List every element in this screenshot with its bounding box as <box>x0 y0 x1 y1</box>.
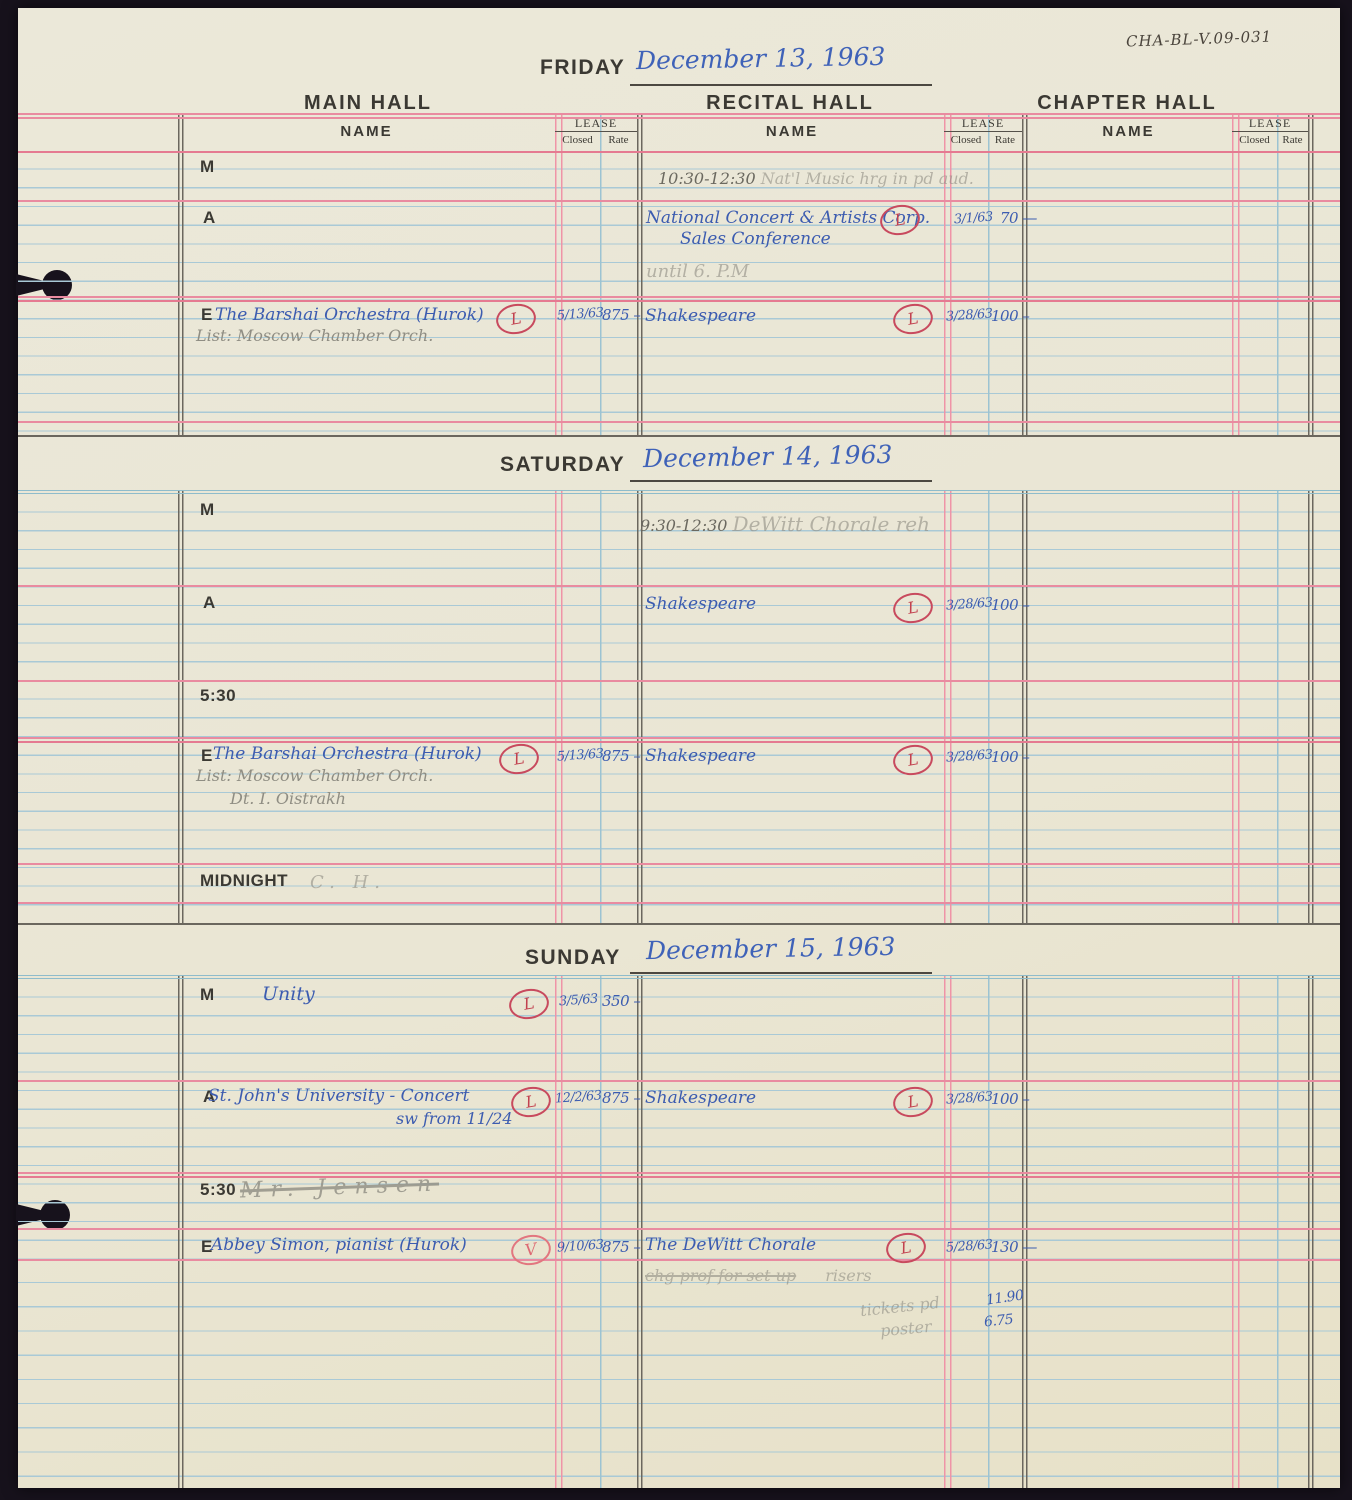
lease-header-chapter: LEASE <box>1232 116 1308 131</box>
section-friday: NAME LEASE Closed Rate NAME LEASE Closed… <box>18 113 1340 437</box>
note-time: 9:30-12:30 <box>640 516 727 535</box>
hall-title-main: MAIN HALL <box>258 92 478 115</box>
recital-afternoon-booking: Shakespeare <box>645 594 756 614</box>
name-header-recital: NAME <box>640 123 944 140</box>
section-sunday: M A 5:30 E Unity L 3/5/63 350 – St. John… <box>18 975 1340 1488</box>
date-underline <box>630 84 932 86</box>
closed-header-recital: Closed <box>944 134 988 146</box>
main-evening-note: List: Moscow Chamber Orch. <box>196 326 433 345</box>
recital-evening-note: chg prof for set up risers <box>645 1266 872 1285</box>
name-header-chapter: NAME <box>1025 123 1232 140</box>
day-title-sunday: SUNDAY <box>525 946 621 970</box>
day-title-friday: FRIDAY <box>540 56 625 80</box>
lease-rate: 875 – <box>602 1238 640 1256</box>
lease-rate: 875 – <box>602 747 640 765</box>
lease-closed-date: 3/1/63 <box>954 210 994 228</box>
lease-header-recital: LEASE <box>944 116 1022 131</box>
lease-rate: 100 – <box>991 1090 1029 1108</box>
amount-note: 6.75 <box>983 1312 1014 1331</box>
lease-closed-date: 3/5/63 <box>559 992 599 1010</box>
note-time: 10:30-12:30 <box>658 169 756 188</box>
main-afternoon-note: sw from 11/24 <box>396 1109 513 1128</box>
date-underline <box>630 480 932 482</box>
lease-rate: 100 – <box>991 748 1029 766</box>
recital-afternoon-note: until 6. P.M <box>646 261 749 282</box>
recital-evening-booking: Shakespeare <box>645 306 756 326</box>
note-text: Nat'l Music hrg in pd aud. <box>761 169 974 188</box>
rate-header-main: Rate <box>600 134 637 146</box>
date-underline <box>630 972 932 974</box>
lease-rate: 875 – <box>602 306 640 324</box>
row-label-midnight: MIDNIGHT <box>200 871 288 891</box>
lease-rate: 875 – <box>602 1089 640 1107</box>
lease-rate: 350 – <box>602 992 640 1010</box>
main-evening-booking: The Barshai Orchestra (Hurok) <box>213 744 482 764</box>
row-label-530: 5:30 <box>200 1180 236 1200</box>
row-label-morning: M <box>200 985 215 1005</box>
closed-header-chapter: Closed <box>1232 134 1277 146</box>
recital-morning-note: 10:30-12:30 Nat'l Music hrg in pd aud. <box>658 169 974 188</box>
name-header-main: NAME <box>178 123 555 140</box>
lease-rate: 70 — <box>1000 209 1037 227</box>
section-saturday: M A 5:30 E MIDNIGHT 9:30-12:30 DeWitt Ch… <box>18 490 1340 925</box>
table-vertical-lines <box>18 490 1340 925</box>
main-evening-note2: Dt. I. Oistrakh <box>230 789 346 808</box>
table-vertical-lines <box>18 975 1340 1488</box>
lease-rate: 130 — <box>991 1238 1037 1256</box>
recital-evening-booking: The DeWitt Chorale <box>645 1235 816 1255</box>
row-label-evening: E <box>201 746 213 766</box>
row-label-afternoon: A <box>203 208 216 228</box>
date-sunday: December 15, 1963 <box>646 932 896 965</box>
row-label-evening: E <box>201 305 213 325</box>
date-saturday: December 14, 1963 <box>643 440 893 473</box>
recital-afternoon-booking-line2: Sales Conference <box>680 229 831 249</box>
note-struck: chg prof for set up <box>645 1266 796 1285</box>
recital-morning-note: 9:30-12:30 DeWitt Chorale reh <box>640 512 930 536</box>
row-label-530: 5:30 <box>200 686 236 706</box>
rate-header-recital: Rate <box>988 134 1022 146</box>
hall-title-recital: RECITAL HALL <box>680 92 900 115</box>
closed-header-main: Closed <box>555 134 600 146</box>
lease-rate: 100 – <box>991 307 1029 325</box>
rate-header-chapter: Rate <box>1277 134 1308 146</box>
lease-header-main: LEASE <box>555 116 637 131</box>
catalog-number: CHA-BL-V.09-031 <box>1126 27 1273 50</box>
date-friday: December 13, 1963 <box>636 42 886 75</box>
main-evening-booking: The Barshai Orchestra (Hurok) <box>215 305 484 325</box>
main-morning-booking: Unity <box>262 983 315 1005</box>
ledger-page: CHA-BL-V.09-031 FRIDAY December 13, 1963… <box>18 8 1340 1488</box>
hall-title-chapter: CHAPTER HALL <box>1017 92 1237 115</box>
lease-rate: 100 – <box>991 596 1029 614</box>
main-evening-booking: Abbey Simon, pianist (Hurok) <box>211 1235 467 1255</box>
note-text: risers <box>825 1266 871 1285</box>
main-evening-note: List: Moscow Chamber Orch. <box>196 766 433 785</box>
note-text: DeWitt Chorale reh <box>733 512 930 536</box>
main-afternoon-booking: St. John's University - Concert <box>208 1086 469 1106</box>
day-title-saturday: SATURDAY <box>500 453 625 477</box>
scan-background: CHA-BL-V.09-031 FRIDAY December 13, 1963… <box>0 0 1352 1500</box>
midnight-note: C. H. <box>310 872 386 893</box>
row-label-morning: M <box>200 157 215 177</box>
recital-evening-booking: Shakespeare <box>645 746 756 766</box>
recital-afternoon-booking: Shakespeare <box>645 1088 756 1108</box>
row-label-morning: M <box>200 500 215 520</box>
row-label-afternoon: A <box>203 593 216 613</box>
